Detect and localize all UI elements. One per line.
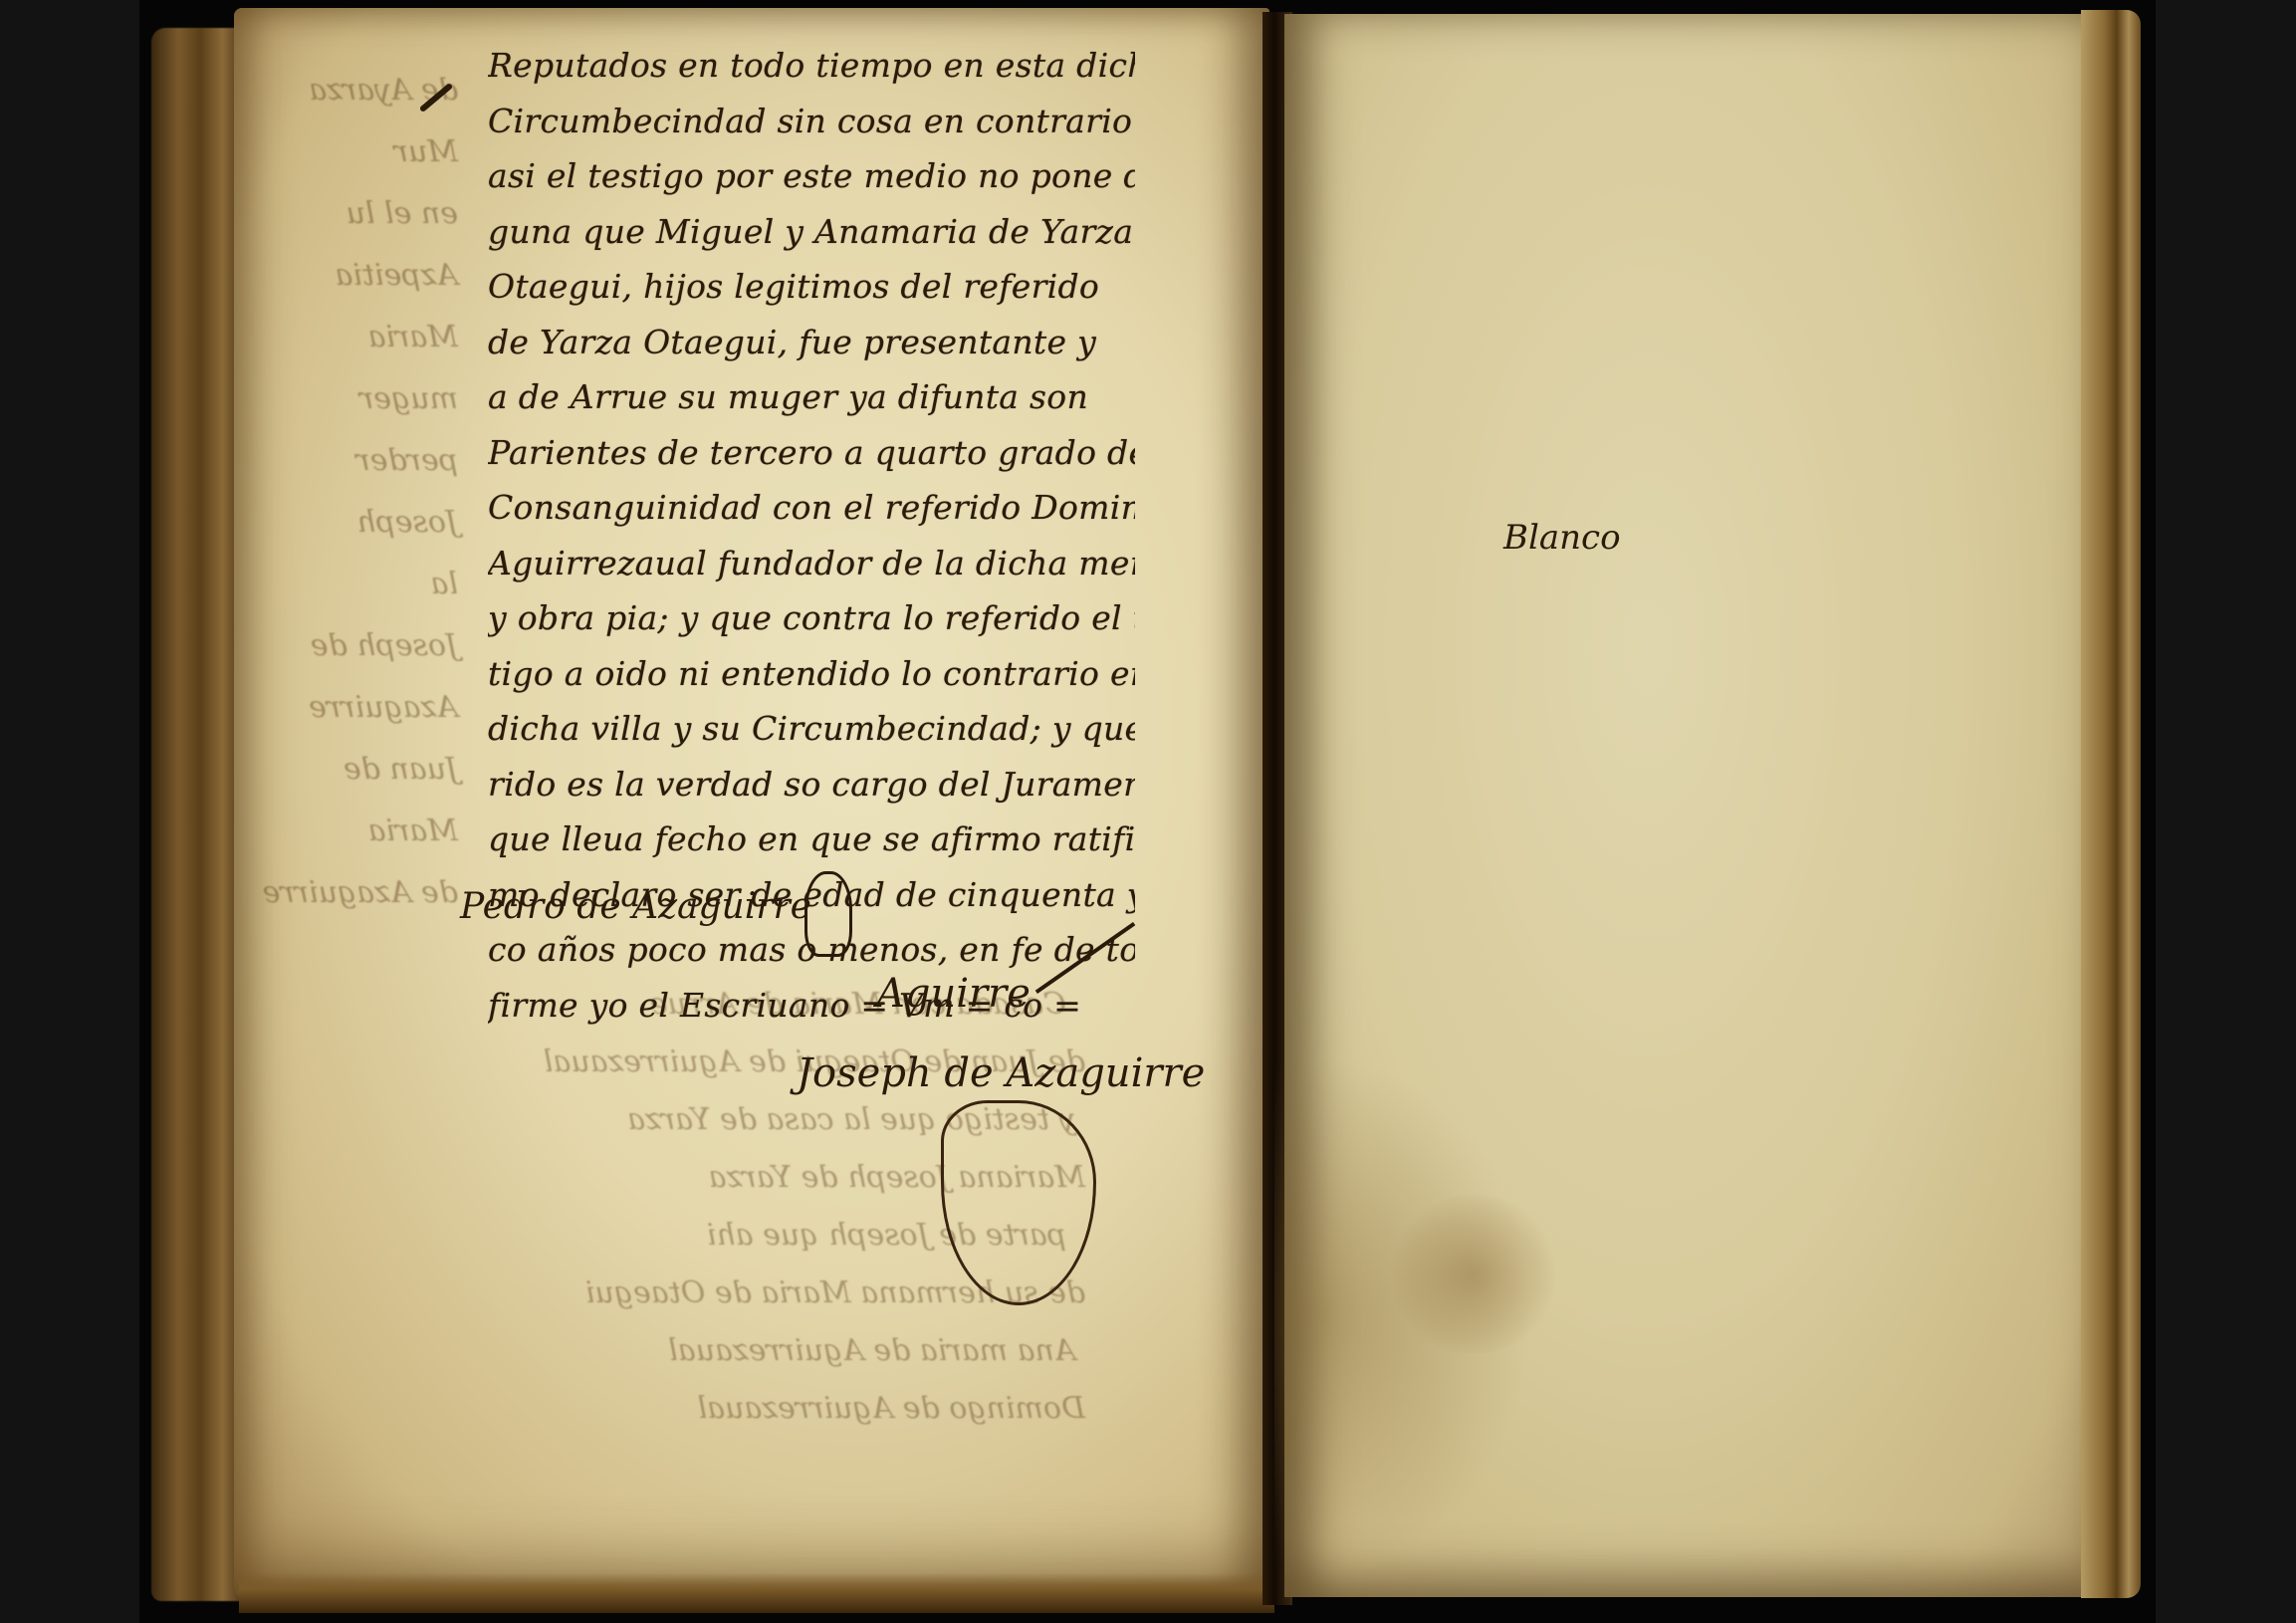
bottom-page-edge bbox=[239, 1573, 1274, 1613]
text-line: Aguirrezaual fundador de la dicha memori… bbox=[488, 536, 1135, 591]
text-line: que lleua fecho en que se afirmo ratific… bbox=[488, 811, 1135, 867]
text-line: dicha villa y su Circumbecindad; y que l… bbox=[488, 701, 1135, 757]
text-line: a de Arrue su muger ya difunta son bbox=[488, 369, 1135, 425]
page-shadow bbox=[1274, 1055, 1533, 1573]
text-line: asi el testigo por este medio no pone du… bbox=[488, 148, 1135, 204]
text-line: firme yo el Escriuano = Vm = co = bbox=[488, 978, 1135, 1034]
text-line: rido es la verdad so cargo del Juramento bbox=[488, 757, 1135, 812]
right-page-edges bbox=[2081, 10, 2141, 1598]
text-line: de Yarza Otaegui, fue presentante y bbox=[488, 315, 1135, 370]
signature-rubric bbox=[804, 871, 852, 957]
text-line: tigo a oido ni entendido lo contrario en… bbox=[488, 646, 1135, 702]
text-line: Otaegui, hijos legitimos del referido bbox=[488, 259, 1135, 315]
right-page-note: Blanco bbox=[1503, 518, 1621, 558]
text-line: Consanguinidad con el referido Domingo bbox=[488, 480, 1135, 536]
signature-joseph: Joseph de Azaguirre bbox=[797, 1050, 1205, 1096]
text-line: Reputados en todo tiempo en esta dicha v… bbox=[488, 38, 1135, 94]
signature-pedro: Pedro de Azaguirre bbox=[460, 886, 811, 927]
text-line: Parientes de tercero a quarto grado de bbox=[488, 425, 1135, 481]
signature-aguirre: Aguirre bbox=[876, 971, 1031, 1017]
text-line: y obra pia; y que contra lo referido el … bbox=[488, 590, 1135, 646]
text-line: guna que Miguel y Anamaria de Yarza bbox=[488, 204, 1135, 260]
text-line: Circumbecindad sin cosa en contrario y bbox=[488, 94, 1135, 149]
